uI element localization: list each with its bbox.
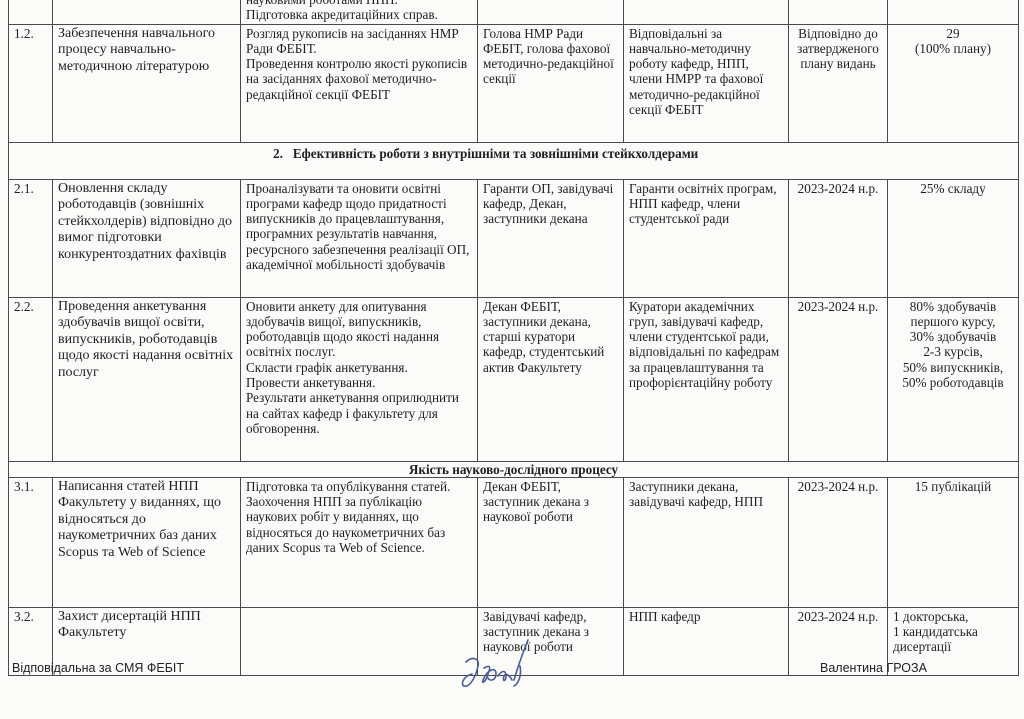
cell-indicator: 15 публікацій xyxy=(888,477,1019,607)
cell-indicator: 80% здобувачівпершого курсу,30% здобувач… xyxy=(888,297,1019,461)
action-line: Оновити анкету для опитування здобувачів… xyxy=(246,299,472,360)
cell-task xyxy=(53,0,241,24)
quality-plan-sheet: науковими роботами НПП. Підготовка акред… xyxy=(8,0,1018,676)
handwritten-signature-icon xyxy=(458,636,548,696)
cell-task: Оновлення складу роботодавців (зовнішніх… xyxy=(53,179,241,297)
table-row: 2.2.Проведення анкетування здобувачів ви… xyxy=(9,297,1019,461)
action-line: Підготовка акредитаційних справ. xyxy=(246,7,472,22)
section-number: 2. xyxy=(273,146,283,161)
indicator-line: 50% роботодавців xyxy=(893,375,1013,390)
cell-term: Відповідно до затвердженого плану видань xyxy=(789,24,888,142)
indicator-line: 1 кандидатська xyxy=(893,624,1013,639)
indicator-line: 1 докторська, xyxy=(893,609,1013,624)
action-line: Результати анкетування оприлюднити на са… xyxy=(246,390,472,436)
indicator-line: 50% випускників, xyxy=(893,360,1013,375)
action-line: Проведення контролю якості рукописів на … xyxy=(246,56,472,102)
section-title-text: Якість науково-дослідного процесу xyxy=(409,462,618,477)
section-title: Якість науково-дослідного процесу xyxy=(9,461,1019,477)
cell-executors: НПП кафедр xyxy=(624,607,789,675)
cell-action: Оновити анкету для опитування здобувачів… xyxy=(241,297,478,461)
section-title-text: Ефективність роботи з внутрішніми та зов… xyxy=(293,146,698,161)
action-line: науковими роботами НПП. xyxy=(246,0,472,7)
indicator-line: 25% складу xyxy=(893,181,1013,196)
indicator-line: 80% здобувачів xyxy=(893,299,1013,314)
cell-num xyxy=(9,0,53,24)
cell-num: 1.2. xyxy=(9,24,53,142)
cell-action: Проаналізувати та оновити освітні програ… xyxy=(241,179,478,297)
action-line: Заохочення НПП за публікацію наукових ро… xyxy=(246,494,472,555)
action-line: Скласти графік анкетування. xyxy=(246,360,472,375)
cell-indicator: 25% складу xyxy=(888,179,1019,297)
cell-term: 2023-2024 н.р. xyxy=(789,179,888,297)
cell-num: 2.1. xyxy=(9,179,53,297)
table-row: 3.1.Написання статей НПП Факультету у ви… xyxy=(9,477,1019,607)
indicator-line: 2-3 курсів, xyxy=(893,344,1013,359)
cell-task: Забезпечення навчального процесу навчаль… xyxy=(53,24,241,142)
section-header-row: Якість науково-дослідного процесу xyxy=(9,461,1019,477)
cell-task: Проведення анкетування здобувачів вищої … xyxy=(53,297,241,461)
cell-num: 2.2. xyxy=(9,297,53,461)
indicator-line: (100% плану) xyxy=(893,41,1013,56)
cell-executors: Гаранти освітніх програм, НПП кафедр, чл… xyxy=(624,179,789,297)
indicator-line: 29 xyxy=(893,26,1013,41)
indicator-line: дисертації xyxy=(893,639,1013,654)
cell-action: Розгляд рукописів на засіданнях НМР Ради… xyxy=(241,24,478,142)
cell-action: Підготовка та опублікування статей.Заохо… xyxy=(241,477,478,607)
cell-term xyxy=(789,0,888,24)
action-line: Підготовка та опублікування статей. xyxy=(246,479,472,494)
action-line: Розгляд рукописів на засіданнях НМР Ради… xyxy=(246,26,472,57)
section-title: 2.Ефективність роботи з внутрішніми та з… xyxy=(9,142,1019,179)
cell-action: науковими роботами НПП. Підготовка акред… xyxy=(241,0,478,24)
cell-num: 3.1. xyxy=(9,477,53,607)
quality-plan-table: науковими роботами НПП. Підготовка акред… xyxy=(8,0,1019,676)
cell-responsible: Гаранти ОП, завідувачі кафедр, Декан, за… xyxy=(478,179,624,297)
table-row: 2.1.Оновлення складу роботодавців (зовні… xyxy=(9,179,1019,297)
cell-action xyxy=(241,607,478,675)
action-line: Провести анкетування. xyxy=(246,375,472,390)
indicator-line: 15 публікацій xyxy=(893,479,1013,494)
indicator-line: першого курсу, xyxy=(893,314,1013,329)
responsible-role: Відповідальна за СМЯ ФЕБІТ xyxy=(12,661,184,675)
section-header-row: 2.Ефективність роботи з внутрішніми та з… xyxy=(9,142,1019,179)
cell-executors: Відповідальні за навчально-методичну роб… xyxy=(624,24,789,142)
indicator-line: 30% здобувачів xyxy=(893,329,1013,344)
cell-executors xyxy=(624,0,789,24)
cell-executors: Заступники декана, завідувачі кафедр, НП… xyxy=(624,477,789,607)
cell-responsible xyxy=(478,0,624,24)
cell-indicator xyxy=(888,0,1019,24)
cell-term: 2023-2024 н.р. xyxy=(789,297,888,461)
cell-responsible: Декан ФЕБІТ, заступник декана з наукової… xyxy=(478,477,624,607)
responsible-name: Валентина ГРОЗА xyxy=(820,661,927,675)
table-row-continuation: науковими роботами НПП. Підготовка акред… xyxy=(9,0,1019,24)
cell-indicator: 29(100% плану) xyxy=(888,24,1019,142)
table-row: 1.2.Забезпечення навчального процесу нав… xyxy=(9,24,1019,142)
cell-responsible: Декан ФЕБІТ, заступники декана, старші к… xyxy=(478,297,624,461)
cell-term: 2023-2024 н.р. xyxy=(789,477,888,607)
cell-task: Написання статей НПП Факультету у виданн… xyxy=(53,477,241,607)
cell-executors: Куратори академічних груп, завідувачі ка… xyxy=(624,297,789,461)
action-line: Проаналізувати та оновити освітні програ… xyxy=(246,181,472,273)
cell-responsible: Голова НМР Ради ФЕБІТ, голова фахової ме… xyxy=(478,24,624,142)
